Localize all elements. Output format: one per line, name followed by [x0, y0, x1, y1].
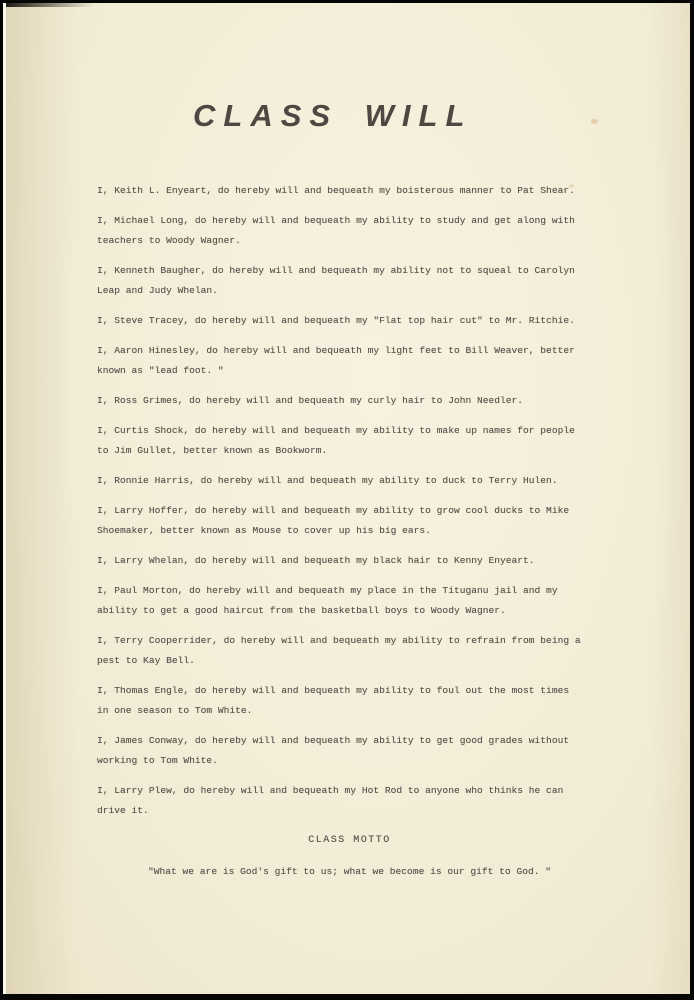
will-entry: I, Terry Cooperrider, do hereby will and… [97, 631, 602, 671]
motto-text: "What we are is God's gift to us; what w… [97, 862, 602, 882]
motto-heading: CLASS MOTTO [97, 831, 602, 851]
page-title: CLASS WILL [193, 100, 602, 131]
will-entry: I, James Conway, do hereby will and bequ… [97, 731, 602, 771]
will-entry: I, Paul Morton, do hereby will and beque… [97, 581, 602, 621]
will-entry: I, Curtis Shock, do hereby will and bequ… [97, 421, 602, 461]
will-entry: I, Keith L. Enyeart, do hereby will and … [97, 181, 602, 201]
will-entry: I, Michael Long, do hereby will and bequ… [97, 211, 602, 251]
will-entries: I, Keith L. Enyeart, do hereby will and … [97, 181, 602, 821]
will-entry: I, Larry Hoffer, do hereby will and bequ… [97, 501, 602, 541]
page-content: CLASS WILL I, Keith L. Enyeart, do hereb… [6, 3, 602, 882]
will-entry: I, Ronnie Harris, do hereby will and beq… [97, 471, 602, 491]
will-entry: I, Thomas Engle, do hereby will and bequ… [97, 681, 602, 721]
will-entry: I, Larry Whelan, do hereby will and bequ… [97, 551, 602, 571]
will-entry: I, Larry Plew, do hereby will and bequea… [97, 781, 602, 821]
motto-section: CLASS MOTTO "What we are is God's gift t… [97, 831, 602, 882]
yearbook-page: CLASS WILL I, Keith L. Enyeart, do hereb… [3, 3, 690, 994]
will-entry: I, Aaron Hinesley, do hereby will and be… [97, 341, 602, 381]
will-entry: I, Kenneth Baugher, do hereby will and b… [97, 261, 602, 301]
will-entry: I, Steve Tracey, do hereby will and bequ… [97, 311, 602, 331]
will-entry: I, Ross Grimes, do hereby will and beque… [97, 391, 602, 411]
scanned-page-photo: CLASS WILL I, Keith L. Enyeart, do hereb… [0, 0, 694, 1000]
